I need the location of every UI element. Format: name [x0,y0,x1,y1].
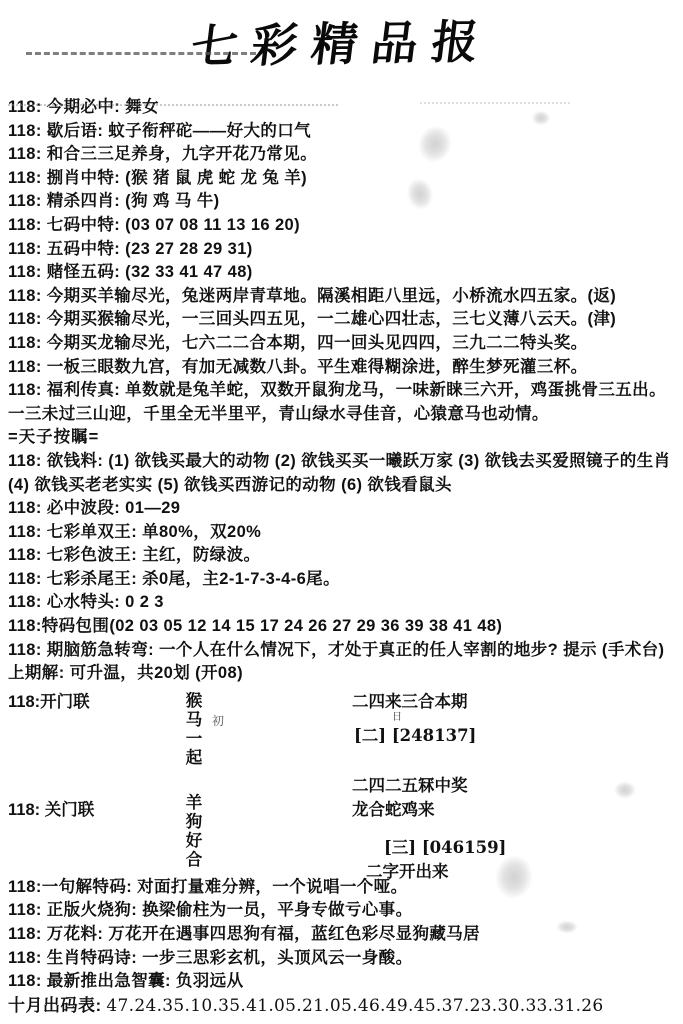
page-title: 七彩精品报 [187,5,496,76]
vertical-char: 猴 [183,692,205,711]
text-line: 118: 生肖特码诗: 一步三思彩玄机，头顶风云一身酸。 [0,947,683,971]
text-line: 118: 今期买猴输尽光，一三回头四五见，一二雄心四壮志，三七义薄八云天。(津) [0,308,683,332]
vertical-char: 好 [183,832,205,851]
section-divider-tianzi: =天子按瞩= [0,426,683,450]
text-line: 118: 七彩杀尾王: 杀0尾，主2-1-7-3-4-6尾。 [0,568,683,592]
text-line: 118: 捌肖中特: (猴 猪 鼠 虎 蛇 龙 兔 羊) [0,167,683,191]
ink-smudge [552,918,582,936]
month-numbers-value: 47.24.35.10.35.41.05.21.05.46.49.45.37.2… [106,996,603,1016]
text-line: 118: 和合三三足养身，九字开花乃常见。 [0,143,683,167]
dotted-rule [8,104,338,106]
open-couplet-label: 118:开门联 [8,688,90,712]
text-line: 118: 七彩色波王: 主红，防绿波。 [0,544,683,568]
text-line: 118: 七彩单双王: 单80%，双20% [0,521,683,545]
text-line: 118: 必中波段: 01—29 [0,497,683,521]
text-line: 118: 今期买龙输尽光，七六二二合本期，四一回头见四四，三九二二特头奖。 [0,332,683,356]
vertical-char: 起 [183,749,205,768]
title-underline-dashed [26,52,256,55]
dotted-rule [420,102,570,104]
text-line: 118: 欲钱料: (1) 欲钱买最大的动物 (2) 欲钱买买一曦跃万家 (3)… [0,450,683,497]
text-line: 上期解: 可升温，共20划 (开08) [0,662,683,686]
text-line: 118: 福利传真: 单数就是兔羊蛇，双数开鼠狗龙马，一味新睐三六开，鸡蛋挑骨三… [0,379,683,426]
text-line: 118: 精杀四肖: (狗 鸡 马 牛) [0,190,683,214]
text-line: 118:特码包围(02 03 05 12 14 15 17 24 26 27 2… [0,615,683,639]
close-couplet-right-line: 龙合蛇鸡来 [352,796,435,820]
small-annotation: 日 [392,708,402,723]
text-line: 118: 赌怪五码: (32 33 41 47 48) [0,261,683,285]
vertical-char: 狗 [183,813,205,832]
small-annotation: 初 [212,712,224,729]
couplet-section: 118:开门联 猴 马 一 起 初 二四来三合本期 日 [二] [248137]… [0,686,683,872]
ink-smudge [528,108,554,128]
text-line: 118: 歇后语: 蚊子衔秤砣——好大的口气 [0,120,683,144]
text-line: 118:一句解特码: 对面打量难分辨，一个说唱一个哑。 [0,876,683,900]
open-couplet-vertical-text: 猴 马 一 起 [183,692,205,768]
open-couplet-right-line: 二四来三合本期 [352,688,468,712]
text-line: 118: 期脑筋急转弯: 一个人在什么情况下，才处于真正的任人宰割的地步? 提示… [0,639,683,663]
close-couplet-bottom-line: 二字开出来 [366,858,449,882]
close-couplet-code: [三] [046159] [384,834,506,858]
text-line: 118: 正版火烧狗: 换梁偷柱为一员，平身专做亏心事。 [0,899,683,923]
text-line: 118: 最新推出急智囊: 负羽远从 [0,970,683,994]
text-line: 118: 一板三眼数九宫，有加无减数八卦。平生难得糊涂进，醉生梦死灌三杯。 [0,356,683,380]
text-line: 118: 七码中特: (03 07 08 11 13 16 20) [0,214,683,238]
text-line: 118: 今期买羊输尽光，兔迷两岸青草地。隔溪相距八里远，小桥流水四五家。(返) [0,285,683,309]
vertical-char: 一 [183,730,205,749]
newspaper-page: 七彩精品报 118: 今期必中: 舞女 118: 歇后语: 蚊子衔秤砣——好大的… [0,0,683,1024]
open-couplet-code: [二] [248137] [354,722,476,746]
mid-right-line: 二四二五冧中奖 [352,772,468,796]
close-couplet-label: 118: 关门联 [8,796,94,820]
masthead: 七彩精品报 [0,0,683,92]
text-line: 118: 今期必中: 舞女 [0,96,683,120]
close-couplet-vertical-text: 羊 狗 好 合 [183,794,205,870]
text-line: 118: 五码中特: (23 27 28 29 31) [0,238,683,262]
tips-list-bottom: 118:一句解特码: 对面打量难分辨，一个说唱一个哑。 118: 正版火烧狗: … [0,876,683,994]
tips-list-top: 118: 今期必中: 舞女 118: 歇后语: 蚊子衔秤砣——好大的口气 118… [0,96,683,686]
vertical-char: 合 [183,851,205,870]
text-line: 118: 心水特头: 0 2 3 [0,591,683,615]
month-numbers-row: 十月出码表: 47.24.35.10.35.41.05.21.05.46.49.… [0,994,683,1018]
month-numbers-label: 十月出码表: [8,996,102,1015]
vertical-char: 羊 [183,794,205,813]
vertical-char: 马 [183,711,205,730]
